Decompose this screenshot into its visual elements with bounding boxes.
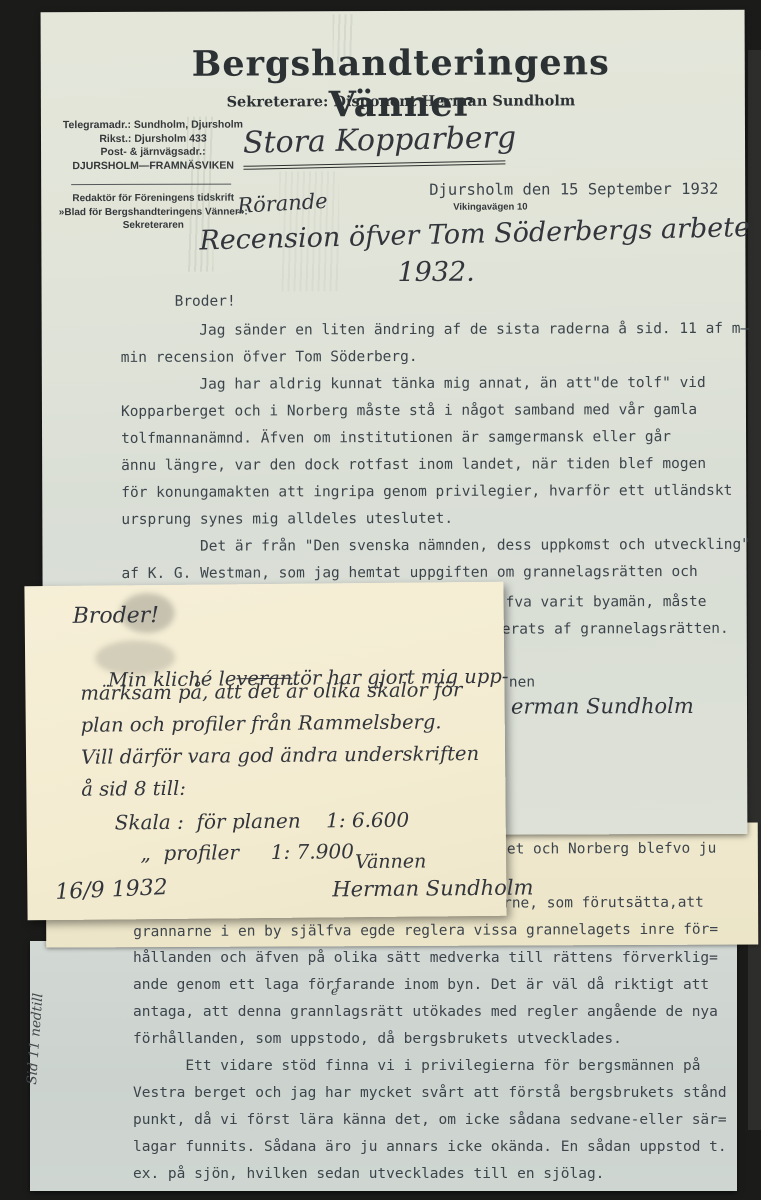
note-line: å sid 8 till:: [81, 770, 479, 806]
typed-line: Vestra berget och jag har mycket svårt a…: [133, 1080, 727, 1107]
handwritten-company: Stora Kopparberg: [243, 120, 506, 169]
contact-line: Telegramadr.: Sundholm, Djursholm: [53, 118, 253, 132]
note-scale-line: Skala : för planen 1: 6.600: [115, 805, 410, 839]
editor-line: »Blad för Bergshandteringens Vänner»:: [53, 205, 253, 219]
typed-line: ännu längre, var den dock rotfast inom l…: [121, 451, 750, 480]
letter-body-block: Jag sänder en liten ändring af de sista …: [121, 316, 750, 588]
typed-line: lagar funnits. Sådana äro ju annars icke…: [133, 1134, 727, 1161]
note-line: plan och profiler från Rammelsberg.: [81, 706, 479, 742]
note-closing: Vännen: [355, 850, 426, 873]
contact-line: DJURSHOLM—FRAMNÄSVIKEN: [53, 159, 253, 173]
letterhead-subtitle: Sekreterare: Disponent Herman Sundholm: [181, 92, 621, 111]
typed-line: min recension öfver Tom Söderberg.: [121, 343, 750, 372]
scanner-frame-edge: [748, 50, 761, 1130]
typed-line: Ett vidare stöd finna vi i privilegierna…: [133, 1053, 727, 1080]
note-line: märksam på, att det är olika skalor för: [80, 674, 478, 710]
note-line: Vill därför vara god ändra underskriften: [81, 738, 479, 774]
scanned-letter-page: { "colors": { "frame_bg": "#1b1b1a", "ma…: [0, 0, 761, 1200]
typed-line: ursprung synes mig alldeles uteslutet.: [121, 505, 750, 534]
contact-line: Rikst.: Djursholm 433: [53, 132, 253, 146]
typed-line: ex. på sjön, hvilken sedan utvecklades t…: [133, 1161, 727, 1188]
covered-fragment-3: nen: [509, 670, 535, 697]
typed-line: Det är från "Den svenska nämnden, dess u…: [121, 532, 750, 561]
typed-line: antaga, att denna grannlagsrätt utökades…: [133, 999, 727, 1026]
page3-text-block: hållanden och äfven på olika sätt medver…: [133, 945, 727, 1188]
dateline-place-date: Djursholm den 15 September 1932: [429, 176, 718, 204]
letterhead-title: Bergshandteringens Vänner: [121, 42, 681, 126]
covered-fragment-1: fva varit byamän, måste: [506, 589, 707, 617]
typed-line: Jag sänder en liten ändring af de sista …: [121, 316, 750, 345]
overlaid-note: Broder! Min kliché leverantör har gjort …: [24, 582, 506, 921]
subject-re-label: Rörande: [237, 189, 329, 218]
subject-line2: 1932.: [397, 257, 474, 288]
letter-salutation: Broder!: [175, 289, 236, 316]
note-body-block: märksam på, att det är olika skalor förp…: [80, 674, 479, 806]
contact-line: Post- & järnvägsadr.:: [53, 145, 253, 159]
handwritten-insertion-mark: e: [331, 984, 338, 998]
signature-fragment: erman Sundholm: [511, 694, 694, 719]
typed-line: förhållanden, som uppstodo, då bergsbruk…: [133, 1026, 727, 1053]
typed-line: Kopparberget och i Norberg måste stå i n…: [121, 397, 750, 426]
typed-line: för konungamakten att ingripa genom priv…: [121, 478, 750, 507]
typed-line: punkt, då vi först lära känna det, om ic…: [133, 1107, 727, 1134]
covered-fragment-2: erats af grannelagsrätten.: [502, 616, 729, 644]
note-salutation: Broder!: [73, 603, 160, 629]
typed-line: tolfmannanämnd. Äfven om institutionen ä…: [121, 424, 750, 453]
dateline-street: Vikingavägen 10: [453, 201, 527, 215]
letterhead-contact-block: Telegramadr.: Sundholm, DjursholmRikst.:…: [53, 118, 253, 173]
note-signature: Herman Sundholm: [332, 875, 533, 901]
typed-line: hållanden och äfven på olika sätt medver…: [133, 945, 727, 972]
page3-sheet: hållanden och äfven på olika sätt medver…: [30, 941, 737, 1191]
typed-line: ande genom ett laga förfarande inom byn.…: [133, 972, 727, 999]
editor-line: Redaktör för Föreningens tidskrift: [53, 191, 253, 205]
typed-line: Jag har aldrig kunnat tänka mig annat, ä…: [121, 370, 750, 399]
note-date: 16/9 1932: [55, 875, 168, 905]
page2-fragment-1: et och Norberg blefvo ju: [507, 836, 717, 864]
page2-fragment-3: grannarne i en by själfva egde reglera v…: [133, 917, 718, 947]
